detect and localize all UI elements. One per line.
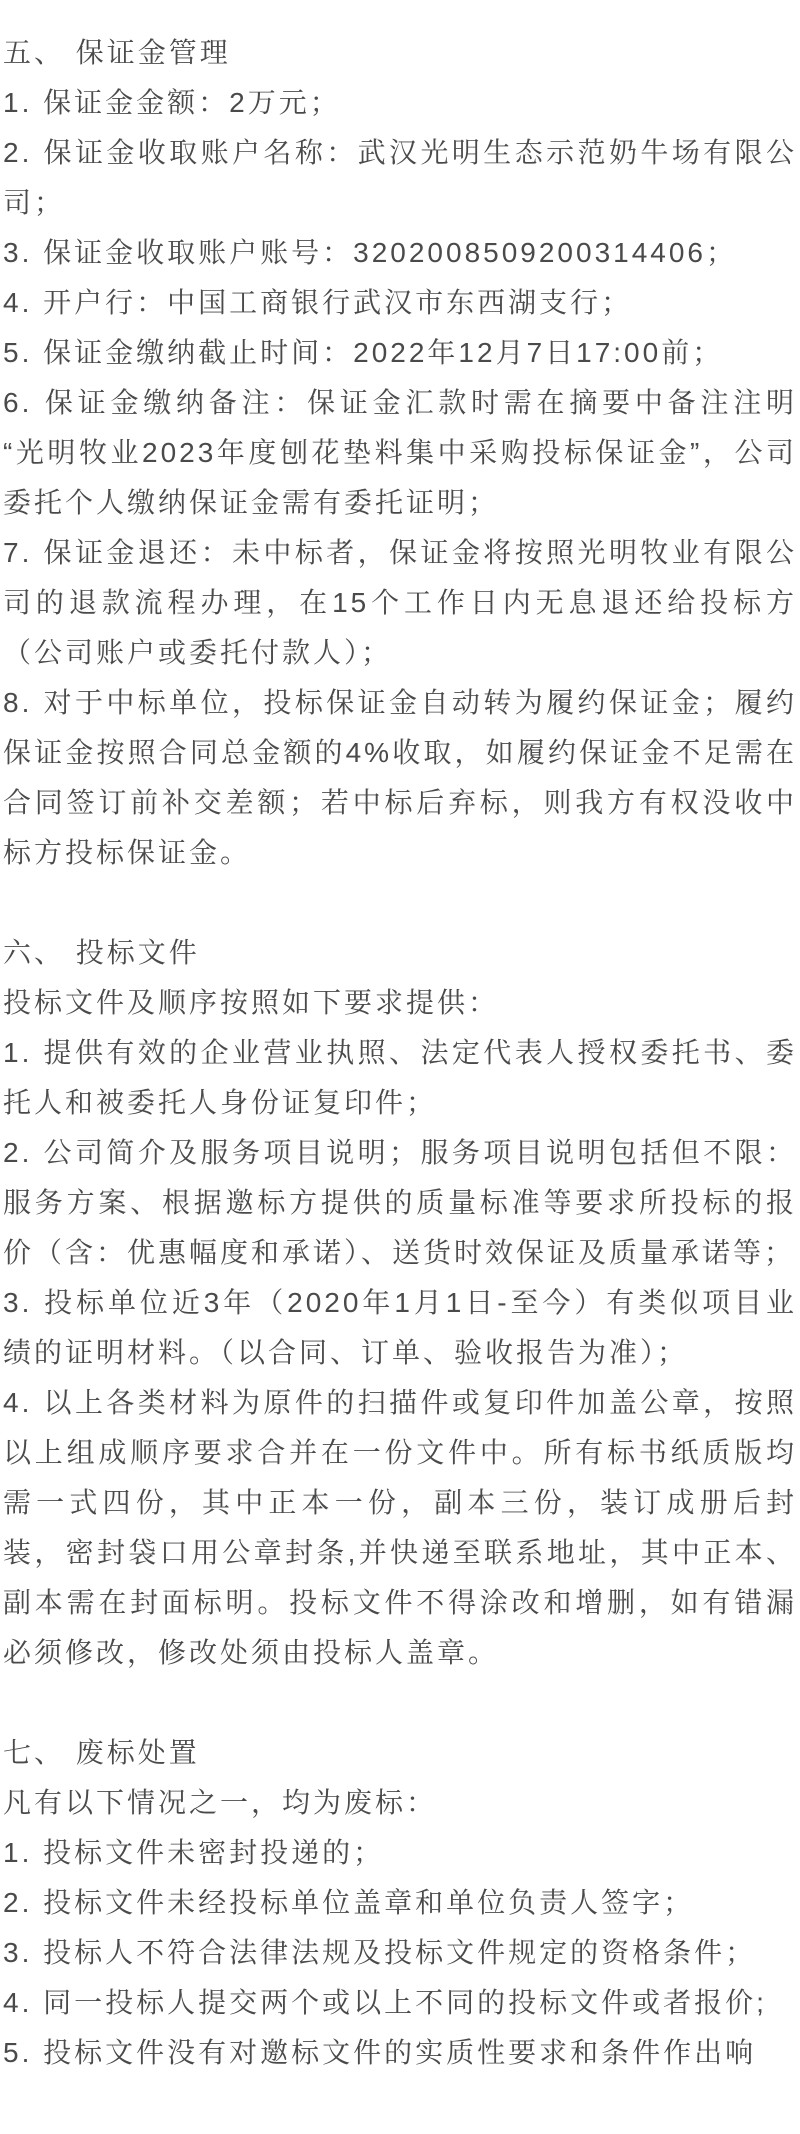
tender-document-page: 五、 保证金管理 1. 保证金金额：2万元； 2. 保证金收取账户名称：武汉光明… [0, 0, 800, 2078]
invalid-bids-item-4-duplicate: 4. 同一投标人提交两个或以上不同的投标文件或者报价; [3, 1978, 797, 2028]
deposit-item-5-deadline: 5. 保证金缴纳截止时间：2022年12月7日17:00前； [3, 328, 797, 378]
deposit-item-8-performance-bond: 8. 对于中标单位，投标保证金自动转为履约保证金；履约保证金按照合同总金额的4%… [3, 678, 797, 878]
section-bid-documents: 六、 投标文件 投标文件及顺序按照如下要求提供： 1. 提供有效的企业营业执照、… [3, 928, 797, 1678]
invalid-bids-item-5-nonresponsive: 5. 投标文件没有对邀标文件的实质性要求和条件作出响 [3, 2028, 797, 2078]
section-deposit-management: 五、 保证金管理 1. 保证金金额：2万元； 2. 保证金收取账户名称：武汉光明… [3, 28, 797, 878]
bid-documents-intro: 投标文件及顺序按照如下要求提供： [3, 978, 797, 1028]
invalid-bids-item-2-unsigned: 2. 投标文件未经投标单位盖章和单位负责人签字； [3, 1878, 797, 1928]
invalid-bids-item-1-unsealed: 1. 投标文件未密封投递的； [3, 1828, 797, 1878]
deposit-item-2-account-name: 2. 保证金收取账户名称：武汉光明生态示范奶牛场有限公司； [3, 128, 797, 228]
deposit-item-1-amount: 1. 保证金金额：2万元； [3, 78, 797, 128]
bid-documents-item-1-license: 1. 提供有效的企业营业执照、法定代表人授权委托书、委托人和被委托人身份证复印件… [3, 1028, 797, 1128]
deposit-item-6-remark: 6. 保证金缴纳备注：保证金汇款时需在摘要中备注注明“光明牧业2023年度刨花垫… [3, 378, 797, 528]
deposit-item-3-account-number: 3. 保证金收取账户账号：3202008509200314406； [3, 228, 797, 278]
bid-documents-item-2-profile: 2. 公司简介及服务项目说明；服务项目说明包括但不限：服务方案、根据邀标方提供的… [3, 1128, 797, 1278]
bid-documents-item-4-binding-sealing: 4. 以上各类材料为原件的扫描件或复印件加盖公章，按照以上组成顺序要求合并在一份… [3, 1378, 797, 1678]
deposit-item-7-refund: 7. 保证金退还：未中标者，保证金将按照光明牧业有限公司的退款流程办理，在15个… [3, 528, 797, 678]
bid-documents-item-3-track-record: 3. 投标单位近3年（2020年1月1日-至今）有类似项目业绩的证明材料。（以合… [3, 1278, 797, 1378]
invalid-bids-item-3-unqualified: 3. 投标人不符合法律法规及投标文件规定的资格条件； [3, 1928, 797, 1978]
section-invalid-bids: 七、 废标处置 凡有以下情况之一，均为废标： 1. 投标文件未密封投递的； 2.… [3, 1728, 797, 2078]
section-bid-documents-heading: 六、 投标文件 [3, 928, 797, 978]
section-invalid-bids-heading: 七、 废标处置 [3, 1728, 797, 1778]
invalid-bids-intro: 凡有以下情况之一，均为废标： [3, 1778, 797, 1828]
section-deposit-management-heading: 五、 保证金管理 [3, 28, 797, 78]
deposit-item-4-bank: 4. 开户行：中国工商银行武汉市东西湖支行； [3, 278, 797, 328]
